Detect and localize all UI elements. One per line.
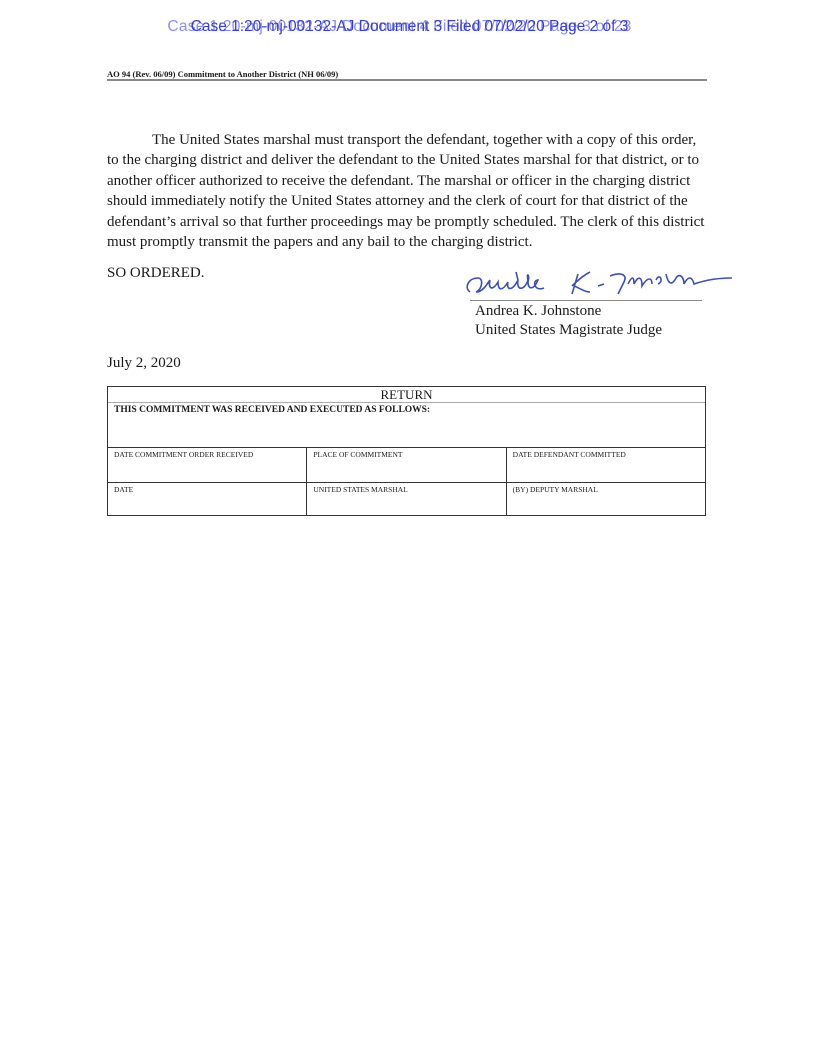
return-subtitle: THIS COMMITMENT WAS RECEIVED AND EXECUTE… [108,403,705,448]
date-defendant-committed-field: DATE DEFENDANT COMMITTED [507,448,705,482]
judge-title: United States Magistrate Judge [475,320,662,340]
order-paragraph: The United States marshal must transport… [107,130,707,252]
judge-name: Andrea K. Johnstone [475,301,601,321]
judge-signature [462,266,742,300]
deputy-marshal-field: (BY) DEPUTY MARSHAL [507,483,705,515]
so-ordered: SO ORDERED. [107,265,205,282]
form-identifier: AO 94 (Rev. 06/09) Commitment to Another… [107,69,707,81]
date-field: DATE [108,483,307,515]
order-date: July 2, 2020 [107,355,181,372]
date-commitment-order-received-field: DATE COMMITMENT ORDER RECEIVED [108,448,307,482]
return-section: RETURN THIS COMMITMENT WAS RECEIVED AND … [107,386,706,516]
header-stamp-primary: Case 1:20-mj-00132-AJ Document 3 Filed 0… [3,18,813,36]
return-row: DATE COMMITMENT ORDER RECEIVED PLACE OF … [108,448,705,483]
return-row: DATE UNITED STATES MARSHAL (BY) DEPUTY M… [108,483,705,515]
return-title: RETURN [108,387,705,403]
order-body: The United States marshal must transport… [107,130,707,252]
united-states-marshal-field: UNITED STATES MARSHAL [307,483,506,515]
place-of-commitment-field: PLACE OF COMMITMENT [307,448,506,482]
